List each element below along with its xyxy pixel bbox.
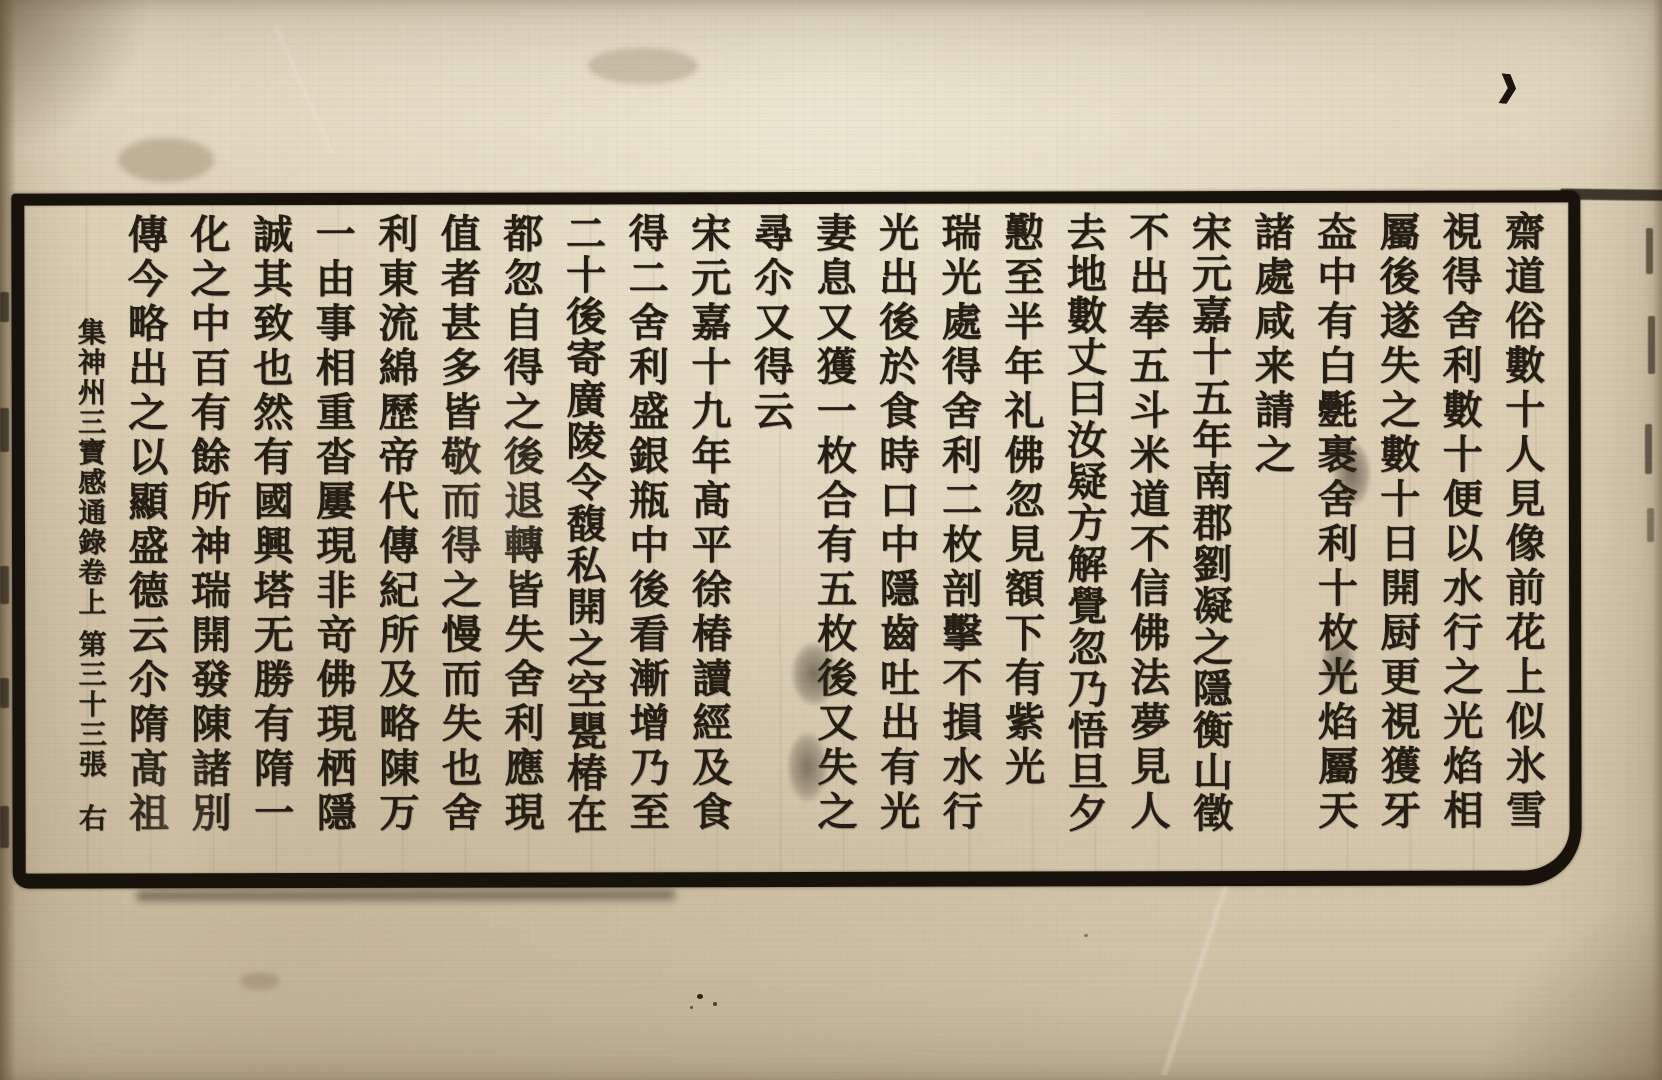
- paper-crease: [272, 24, 336, 155]
- text-frame-border: 齋道俗數十人見像前花上似氷雪視得舍利數十便以水行之光焰相屬後遂失之數十日開厨更視…: [11, 190, 1581, 888]
- colophon-sheet-number: 第三十三張: [75, 629, 108, 779]
- text-column: 懃至半年礼佛忽見額下有紫光: [989, 211, 1053, 863]
- text-column: 尋尒又得云: [739, 212, 803, 864]
- page-edge-mark: [1645, 424, 1652, 474]
- text-column: 得二舍利盛銀瓶中後看漸增乃至: [613, 212, 677, 864]
- page-edge-mark: [0, 806, 9, 848]
- page-edge-mark: [1648, 316, 1655, 374]
- text-column: 值者甚多皆敬而得之慢而失也舍: [426, 213, 490, 865]
- text-column: 都忽自得之後退轉皆失舍利應現: [488, 213, 552, 865]
- paper-stain: [588, 48, 698, 84]
- text-column: 屬後遂失之數十日開厨更視獲牙: [1365, 211, 1429, 863]
- text-column: 誠其致也然有國興塔无勝有隋一: [238, 213, 302, 865]
- text-column: 宋元嘉十九年髙平徐椿讀經及食: [676, 212, 740, 864]
- text-column: 視得舍利數十便以水行之光焰相: [1427, 211, 1491, 863]
- page-edge-mark: [0, 292, 9, 322]
- text-column: 二十後寄廣陵令馥私開之空甖椿在: [551, 212, 615, 864]
- text-column: 化之中百有餘所神瑞開發陳諸別: [175, 213, 239, 865]
- page-edge-mark: [1647, 508, 1654, 542]
- page-edge-mark: [0, 408, 9, 452]
- ink-dot: [697, 994, 703, 999]
- text-column: 妻息又獲一枚合有五枚後又失之: [801, 212, 865, 864]
- colophon-title: 集神州三寶感通錄卷上: [74, 317, 108, 617]
- colophon-side-label: 右: [75, 803, 108, 833]
- text-column: 盇中有白氎裹舍利十枚光焰屬天: [1302, 211, 1366, 863]
- text-column: 傳今略出之以顯盛德云尒隋髙祖: [113, 213, 177, 865]
- page-edge-mark: [1646, 228, 1653, 274]
- paper-stain: [118, 138, 214, 182]
- colophon-column: 集神州三寶感通錄卷上第三十三張右: [67, 213, 114, 865]
- ink-dot: [713, 1002, 717, 1006]
- paper-crease: [1159, 883, 1230, 1076]
- text-column: 光出後於食時口中隱齒吐出有光: [864, 212, 928, 864]
- text-column: 一由事相重沓屢現非竒佛現栖隱: [300, 213, 364, 865]
- manuscript-page: 齋道俗數十人見像前花上似氷雪視得舍利數十便以水行之光焰相屬後遂失之數十日開厨更視…: [0, 0, 1662, 1080]
- paper-stain: [240, 972, 280, 990]
- text-columns: 齋道俗數十人見像前花上似氷雪視得舍利數十便以水行之光焰相屬後遂失之數十日開厨更視…: [30, 210, 1553, 865]
- text-column: 利東流綿歷帝代傳紀所及略陳万: [363, 213, 427, 865]
- text-column: 齋道俗數十人見像前花上似氷雪: [1490, 210, 1554, 862]
- text-column: 不出奉五斗米道不信佛法夢見人: [1114, 211, 1178, 863]
- text-column: 宋元嘉十五年南郡劉凝之隱衡山徵: [1177, 211, 1241, 863]
- page-edge-mark: [0, 678, 9, 708]
- stray-ink-mark: [1498, 73, 1517, 105]
- page-edge-mark: [0, 566, 9, 604]
- text-column: 瑞光處得舍利二枚剖擊不損水行: [926, 212, 990, 864]
- text-column: 去地數丈曰汝疑方解覺忽乃悟旦夕: [1052, 211, 1116, 863]
- ink-dot: [1084, 934, 1088, 937]
- text-column: 諸處咸来請之: [1239, 211, 1303, 863]
- ink-dot: [690, 1006, 693, 1009]
